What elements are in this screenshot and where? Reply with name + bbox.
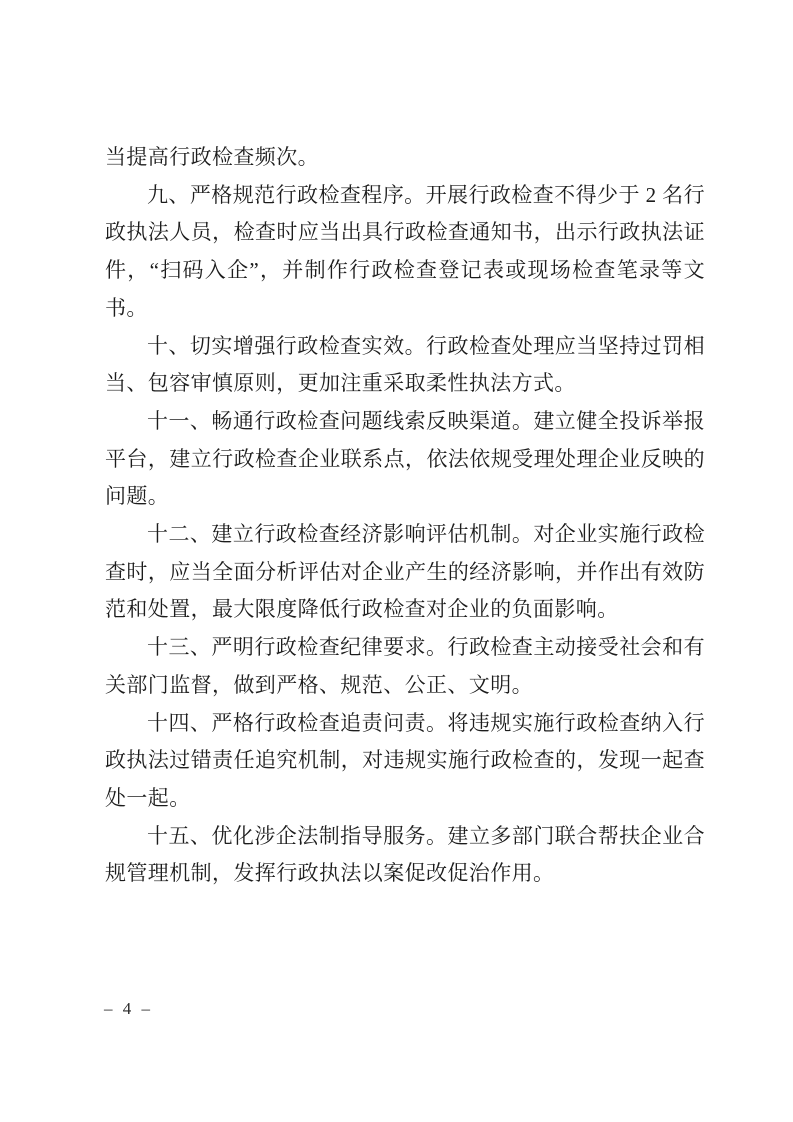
paragraph-clause-15: 十五、优化涉企法制指导服务。建立多部门联合帮扶企业合规管理机制，发挥行政执法以案… <box>105 818 705 893</box>
document-body: 当提高行政检查频次。 九、严格规范行政检查程序。开展行政检查不得少于 2 名行政… <box>105 139 705 893</box>
document-page: 当提高行政检查频次。 九、严格规范行政检查程序。开展行政检查不得少于 2 名行政… <box>0 0 793 1122</box>
paragraph-clause-9: 九、严格规范行政检查程序。开展行政检查不得少于 2 名行政执法人员，检查时应当出… <box>105 177 705 328</box>
paragraph-continuation: 当提高行政检查频次。 <box>105 139 705 177</box>
paragraph-clause-11: 十一、畅通行政检查问题线索反映渠道。建立健全投诉举报平台，建立行政检查企业联系点… <box>105 403 705 516</box>
paragraph-clause-10: 十、切实增强行政检查实效。行政检查处理应当坚持过罚相当、包容审慎原则，更加注重采… <box>105 328 705 403</box>
paragraph-clause-12: 十二、建立行政检查经济影响评估机制。对企业实施行政检查时，应当全面分析评估对企业… <box>105 516 705 629</box>
paragraph-clause-13: 十三、严明行政检查纪律要求。行政检查主动接受社会和有关部门监督，做到严格、规范、… <box>105 629 705 704</box>
page-number: – 4 – <box>104 999 153 1019</box>
paragraph-clause-14: 十四、严格行政检查追责问责。将违规实施行政检查纳入行政执法过错责任追究机制，对违… <box>105 705 705 818</box>
